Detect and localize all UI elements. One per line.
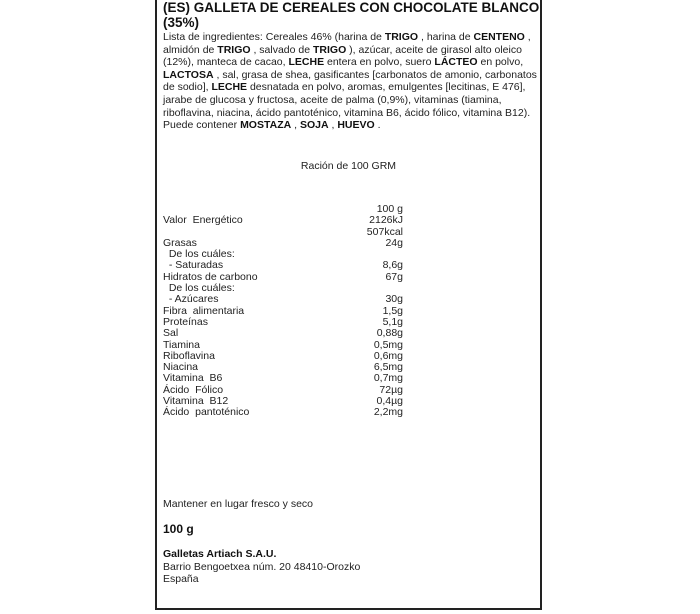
nutrition-row: Riboflavina0,6mg xyxy=(163,351,403,362)
nutrient-value: 2,2mg xyxy=(374,407,403,418)
nutrient-value: 67g xyxy=(385,272,403,283)
nutrient-value: 24g xyxy=(385,238,403,249)
manufacturer-info: Galletas Artiach S.A.U. Barrio Bengoetxe… xyxy=(163,548,360,586)
ingredient-text: , xyxy=(291,119,300,131)
nutrition-row: 507kcal xyxy=(163,227,403,238)
nutrition-row: Sal0,88g xyxy=(163,328,403,339)
ingredient-text: Lista de ingredientes: Cereales 46% (har… xyxy=(163,31,385,43)
allergen: MOSTAZA xyxy=(240,119,291,131)
ingredient-text: , harina de xyxy=(418,31,473,43)
nutrition-row: Valor Energético2126kJ xyxy=(163,215,403,226)
ingredient-text: , xyxy=(329,119,338,131)
product-title: (ES) GALLETA DE CEREALES CON CHOCOLATE B… xyxy=(163,0,543,30)
allergen: LÁCTEO xyxy=(434,56,477,68)
allergen: LECHE xyxy=(288,56,324,68)
nutrient-value: 2126kJ xyxy=(369,215,403,226)
allergen: HUEVO xyxy=(337,119,374,131)
nutrient-label: Ácido pantoténico xyxy=(163,407,249,418)
nutrient-label: Sal xyxy=(163,328,178,339)
nutrition-row: - Azúcares30g xyxy=(163,294,403,305)
company-country: España xyxy=(163,573,360,586)
product-label: (ES) GALLETA DE CEREALES CON CHOCOLATE B… xyxy=(155,0,542,610)
allergen: CENTENO xyxy=(474,31,525,43)
allergen: TRIGO xyxy=(217,44,250,56)
allergen: LACTOSA xyxy=(163,69,214,81)
nutrient-label: - Azúcares xyxy=(163,294,218,305)
allergen: TRIGO xyxy=(313,44,346,56)
company-address: Barrio Bengoetxea núm. 20 48410-Orozko xyxy=(163,561,360,574)
serving-size: Ración de 100 GRM xyxy=(157,160,540,172)
nutrient-label: Valor Energético xyxy=(163,215,243,226)
nutrition-row: Proteínas5,1g xyxy=(163,317,403,328)
allergen: TRIGO xyxy=(385,31,418,43)
net-weight: 100 g xyxy=(163,522,194,536)
allergen: SOJA xyxy=(300,119,329,131)
nutrition-row: Ácido pantoténico2,2mg xyxy=(163,407,403,418)
ingredient-text: , salvado de xyxy=(251,44,313,56)
allergen: LECHE xyxy=(211,81,247,93)
ingredient-text: . xyxy=(375,119,381,131)
nutrient-value: 30g xyxy=(385,294,403,305)
ingredients-list: Lista de ingredientes: Cereales 46% (har… xyxy=(163,31,539,132)
company-name: Galletas Artiach S.A.U. xyxy=(163,548,360,561)
nutrient-value: 0,88g xyxy=(377,328,403,339)
storage-instructions: Mantener en lugar fresco y seco xyxy=(163,498,313,510)
ingredient-text: entera en polvo, suero xyxy=(324,56,434,68)
ingredient-text: en polvo, xyxy=(478,56,524,68)
nutrition-table: 100 gValor Energético2126kJ507kcalGrasas… xyxy=(163,204,403,419)
